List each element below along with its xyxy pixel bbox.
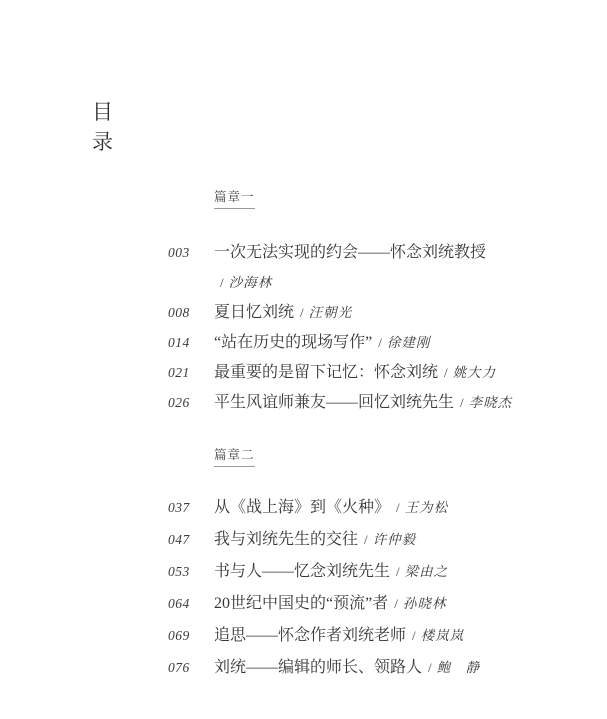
toc-entry: 008 夏日忆刘统 / 汪朝光 bbox=[168, 298, 548, 328]
page-title-char: 目 bbox=[92, 97, 113, 127]
author-separator: / bbox=[460, 388, 464, 418]
toc-entry-page: 014 bbox=[168, 328, 214, 358]
page-title-char: 录 bbox=[92, 127, 113, 157]
toc-entry-page: 003 bbox=[168, 238, 214, 268]
toc-entry-page: 069 bbox=[168, 620, 214, 652]
toc-entry-title: 刘统——编辑的师长、领路人 bbox=[214, 652, 422, 684]
toc-entry-author: 姚大力 bbox=[453, 358, 497, 388]
author-separator: / bbox=[220, 268, 224, 298]
toc-entry-author: 梁由之 bbox=[405, 556, 449, 588]
author-separator: / bbox=[412, 620, 416, 652]
toc-entry-page: 047 bbox=[168, 524, 214, 556]
toc-entry-author: 鲍 静 bbox=[437, 652, 481, 684]
toc-entry-page: 026 bbox=[168, 388, 214, 418]
toc-entry-page: 064 bbox=[168, 588, 214, 620]
section-one-entries: 003 一次无法实现的约会——怀念刘统教授 / 沙海林 008 夏日忆刘统 / … bbox=[168, 238, 548, 418]
toc-entry-author: 徐建刚 bbox=[387, 328, 431, 358]
toc-entry: 037 从《战上海》到《火种》 / 王为松 bbox=[168, 492, 548, 524]
toc-entry: 047 我与刘统先生的交往 / 许仲毅 bbox=[168, 524, 548, 556]
section-one-label: 篇章一 bbox=[214, 187, 255, 209]
toc-entry-page: 053 bbox=[168, 556, 214, 588]
author-separator: / bbox=[396, 492, 400, 524]
toc-entry-title: 20世纪中国史的“预流”者 bbox=[214, 588, 388, 620]
toc-entry-author: 王为松 bbox=[405, 492, 449, 524]
section-two-entries: 037 从《战上海》到《火种》 / 王为松 047 我与刘统先生的交往 / 许仲… bbox=[168, 492, 548, 684]
toc-entry: 026 平生风谊师兼友——回忆刘统先生 / 李晓杰 bbox=[168, 388, 548, 418]
toc-entry-title: 一次无法实现的约会——怀念刘统教授 bbox=[214, 238, 486, 268]
toc-entry-title: 书与人——忆念刘统先生 bbox=[214, 556, 390, 588]
toc-entry: 053 书与人——忆念刘统先生 / 梁由之 bbox=[168, 556, 548, 588]
author-separator: / bbox=[394, 588, 398, 620]
toc-entry: 021 最重要的是留下记忆：怀念刘统 / 姚大力 bbox=[168, 358, 548, 388]
toc-entry-page: 021 bbox=[168, 358, 214, 388]
toc-entry-page: 008 bbox=[168, 298, 214, 328]
toc-entry-author: 许仲毅 bbox=[373, 524, 417, 556]
toc-entry-page: 037 bbox=[168, 492, 214, 524]
toc-entry-author: 楼岚岚 bbox=[421, 620, 465, 652]
toc-entry: 014 “站在历史的现场写作” / 徐建刚 bbox=[168, 328, 548, 358]
section-two-label: 篇章二 bbox=[214, 445, 255, 467]
toc-entry-title: “站在历史的现场写作” bbox=[214, 328, 372, 358]
toc-entry-author: 李晓杰 bbox=[469, 388, 513, 418]
toc-entry: 064 20世纪中国史的“预流”者 / 孙晓林 bbox=[168, 588, 548, 620]
toc-entry-author-line: / 沙海林 bbox=[168, 268, 548, 298]
toc-entry: 003 一次无法实现的约会——怀念刘统教授 bbox=[168, 238, 548, 268]
author-separator: / bbox=[428, 652, 432, 684]
toc-page: 目 录 篇章一 003 一次无法实现的约会——怀念刘统教授 / 沙海林 008 … bbox=[0, 0, 607, 719]
toc-entry-page: 076 bbox=[168, 652, 214, 684]
toc-entry-title: 夏日忆刘统 bbox=[214, 298, 294, 328]
author-separator: / bbox=[300, 298, 304, 328]
author-separator: / bbox=[364, 524, 368, 556]
toc-entry: 076 刘统——编辑的师长、领路人 / 鲍 静 bbox=[168, 652, 548, 684]
toc-entry: 069 追思——怀念作者刘统老师 / 楼岚岚 bbox=[168, 620, 548, 652]
toc-entry-title: 平生风谊师兼友——回忆刘统先生 bbox=[214, 388, 454, 418]
page-title: 目 录 bbox=[92, 97, 113, 157]
toc-entry-title: 最重要的是留下记忆：怀念刘统 bbox=[214, 358, 438, 388]
toc-entry-author: 汪朝光 bbox=[309, 298, 353, 328]
toc-entry-title: 追思——怀念作者刘统老师 bbox=[214, 620, 406, 652]
author-separator: / bbox=[396, 556, 400, 588]
toc-entry-author: 沙海林 bbox=[229, 268, 273, 298]
author-separator: / bbox=[378, 328, 382, 358]
author-separator: / bbox=[444, 358, 448, 388]
toc-entry-title: 我与刘统先生的交往 bbox=[214, 524, 358, 556]
toc-entry-author: 孙晓林 bbox=[403, 588, 447, 620]
toc-entry-title: 从《战上海》到《火种》 bbox=[214, 492, 390, 524]
